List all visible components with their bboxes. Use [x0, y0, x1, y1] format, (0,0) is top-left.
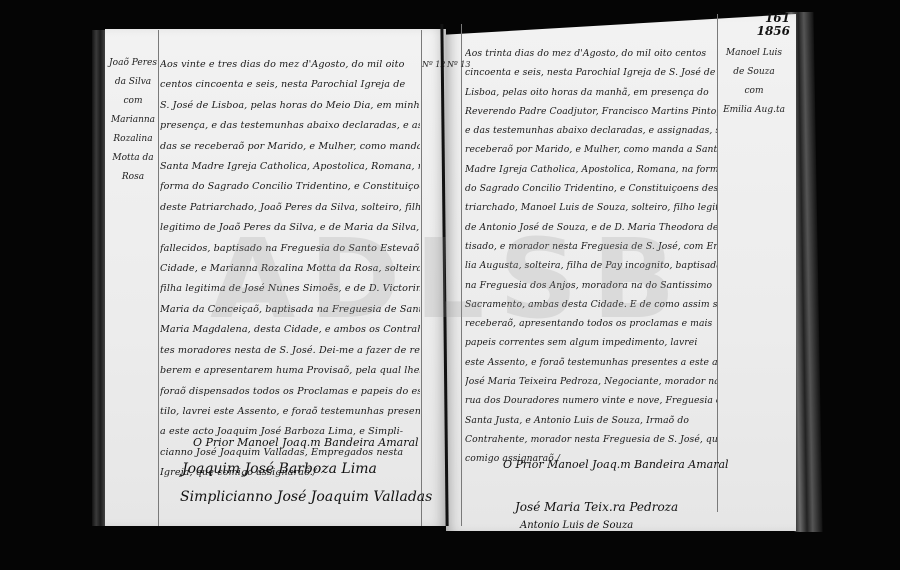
entry-line: Aos trinta dias do mez d'Agosto, do mil …: [465, 44, 717, 63]
right-left-rule: [461, 24, 462, 526]
entry-line: berem e apresentarem huma Provisaõ, pela…: [160, 361, 420, 381]
right-entry-text: Aos trinta dias do mez d'Agosto, do mil …: [465, 44, 717, 469]
entry-line: filha legitima de José Nunes Simoẽs, e d…: [160, 279, 420, 299]
margin-note-line: Joaõ Peres: [108, 54, 158, 73]
entry-line: Maria da Conceiçaõ, baptisada na Fregues…: [160, 300, 420, 320]
entry-line: este Assento, e foraõ testemunhas presen…: [465, 353, 717, 372]
left-right-rule: [421, 30, 422, 526]
entry-line: José Maria Teixeira Pedroza, Negociante,…: [465, 372, 717, 391]
entry-line: Sacramento, ambas desta Cidade. E de com…: [465, 295, 717, 314]
scanned-register-image: Joaõ Peres da Silva com Marianna Rozalin…: [0, 0, 900, 570]
margin-note-line: Motta da: [108, 149, 158, 168]
folio-number: 161 1856: [740, 12, 790, 38]
margin-note-line: Rozalina: [108, 130, 158, 149]
margin-note-line: Marianna: [108, 111, 158, 130]
margin-note-line: de Souza: [718, 63, 790, 82]
entry-line: centos cincoenta e seis, nesta Parochial…: [160, 75, 420, 95]
entry-line: lia Augusta, solteira, filha de Pay inco…: [465, 256, 717, 275]
entry-line: tisado, e morador nesta Freguesia de S. …: [465, 237, 717, 256]
entry-line: foraõ dispensados todos os Proclamas e p…: [160, 382, 420, 402]
entry-line: Reverendo Padre Coadjutor, Francisco Mar…: [465, 102, 717, 121]
signature-prior-left: O Prior Manoel Joaq.m Bandeira Amaral: [193, 436, 419, 449]
signature-witness-3: José Maria Teix.ra Pedroza: [515, 500, 678, 514]
entry-line: Santa Justa, e Antonio Luis de Souza, Ir…: [465, 411, 717, 430]
margin-note-line: com: [108, 92, 158, 111]
entry-line: Madre Igreja Catholica, Apostolica, Roma…: [465, 160, 717, 179]
signature-witness-4: Antonio Luis de Souza: [520, 520, 633, 531]
margin-note-line: Rosa: [108, 168, 158, 187]
entry-line: presença, e das testemunhas abaixo decla…: [160, 116, 420, 136]
entry-line: forma do Sagrado Concilio Tridentino, e …: [160, 177, 420, 197]
margin-note-line: da Silva: [108, 73, 158, 92]
entry-line: fallecidos, baptisado na Freguesia do Sa…: [160, 239, 420, 259]
entry-line: Aos vinte e tres dias do mez d'Agosto, d…: [160, 55, 420, 75]
entry-line: receberaõ, apresentando todos os proclam…: [465, 314, 717, 333]
entry-line: das se receberaõ por Marido, e Mulher, c…: [160, 137, 420, 157]
entry-line: tes moradores nesta de S. José. Dei-me a…: [160, 341, 420, 361]
margin-note-line: com: [718, 82, 790, 101]
entry-line: Lisboa, pelas oito horas da manhã, em pr…: [465, 83, 717, 102]
entry-line: Maria Magdalena, desta Cidade, e ambos o…: [160, 320, 420, 340]
entry-line: legitimo de Joaõ Peres da Silva, e de Ma…: [160, 218, 420, 238]
margin-note-line: Manoel Luis: [718, 44, 790, 63]
entry-line: triarchado, Manoel Luis de Souza, soltei…: [465, 198, 717, 217]
entry-line: deste Patriarchado, Joaõ Peres da Silva,…: [160, 198, 420, 218]
entry-line: e das testemunhas abaixo declaradas, e a…: [465, 121, 717, 140]
margin-note-line: Emilia Aug.ta: [718, 101, 790, 120]
entry-line: Cidade, e Marianna Rozalina Motta da Ros…: [160, 259, 420, 279]
entry-line: tilo, lavrei este Assento, e foraõ teste…: [160, 402, 420, 422]
right-margin-note: Manoel Luis de Souza com Emilia Aug.ta: [718, 44, 790, 120]
signature-witness-1: Joaquim José Barboza Lima: [182, 461, 377, 477]
entry-line: cincoenta e seis, nesta Parochial Igreja…: [465, 63, 717, 82]
entry-line: receberaõ por Marido, e Mulher, como man…: [465, 140, 717, 159]
entry-line: S. José de Lisboa, pelas horas do Meio D…: [160, 96, 420, 116]
entry-line: papeis correntes sem algum impedimento, …: [465, 333, 717, 352]
entry-line: do Sagrado Concilio Tridentino, e Consti…: [465, 179, 717, 198]
left-margin-note: Joaõ Peres da Silva com Marianna Rozalin…: [108, 54, 158, 187]
left-margin-rule: [158, 30, 159, 526]
signature-witness-2: Simplicianno José Joaquim Valladas: [180, 489, 432, 505]
folio-year: 1856: [740, 25, 790, 38]
signature-prior-right: O Prior Manoel Joaq.m Bandeira Amaral: [503, 458, 729, 471]
book-edge-left: [92, 30, 106, 526]
entry-line: na Freguesia dos Anjos, moradora na do S…: [465, 276, 717, 295]
entry-line: Santa Madre Igreja Catholica, Apostolica…: [160, 157, 420, 177]
entry-line: Contrahente, morador nesta Freguesia de …: [465, 430, 717, 449]
entry-line: rua dos Douradores numero vinte e nove, …: [465, 391, 717, 410]
left-entry-text: Aos vinte e tres dias do mez d'Agosto, d…: [160, 55, 420, 484]
entry-line: de Antonio José de Souza, e de D. Maria …: [465, 218, 717, 237]
